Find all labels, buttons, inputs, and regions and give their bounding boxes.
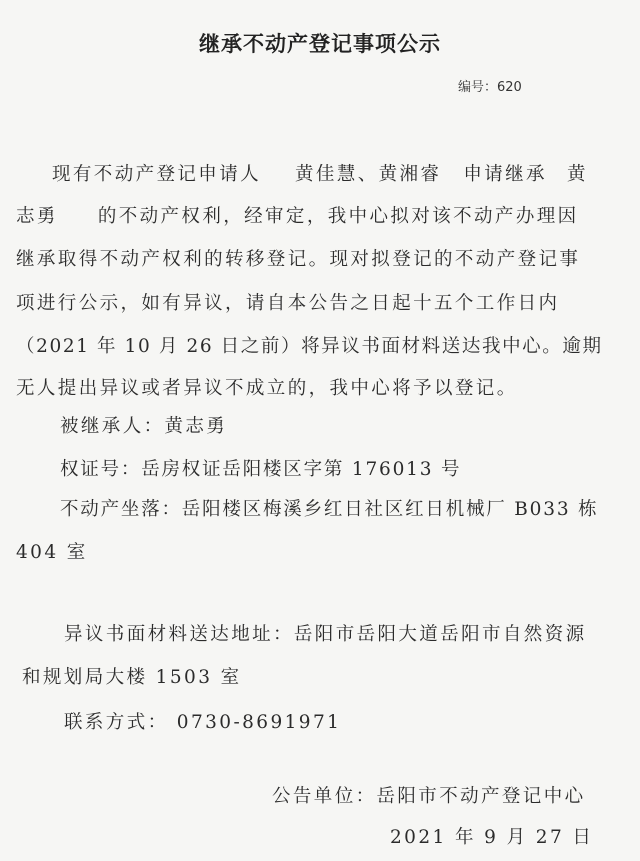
body-line-2: 志勇的不动产权利，经审定，我中心拟对该不动产办理因 — [16, 202, 579, 228]
decedent-field: 被继承人：黄志勇 — [60, 412, 227, 438]
body-line-3: 继承取得不动产权利的转移登记。现对拟登记的不动产登记事 — [16, 245, 580, 271]
address-field-line-1: 异议书面材料送达地址：岳阳市岳阳大道岳阳市自然资源 — [64, 620, 587, 646]
address-field-line-2: 和规划局大楼 1503 室 — [22, 663, 242, 689]
number-value: 620 — [497, 80, 522, 95]
body-line-1: 现有不动产登记申请人黄佳慧、黄湘睿申请继承黄 — [52, 160, 588, 186]
body-line-5: （2021 年 10 月 26 日之前）将异议书面材料送达我中心。逾期 — [16, 332, 603, 358]
body-line-4: 项进行公示，如有异议，请自本公告之日起十五个工作日内 — [16, 289, 559, 315]
contact-field: 联系方式： 0730-8691971 — [64, 708, 341, 734]
body-text: 志勇 — [16, 206, 58, 227]
location-field-line-1: 不动产坐落：岳阳楼区梅溪乡红日社区红日机械厂 B033 栋 — [60, 495, 598, 521]
document-number: 编号：620 — [458, 76, 522, 95]
certificate-field: 权证号：岳房权证岳阳楼区字第 176013 号 — [60, 455, 461, 481]
number-label: 编号： — [458, 80, 497, 95]
scanned-document-page: 继承不动产登记事项公示 编号：620 现有不动产登记申请人黄佳慧、黄湘睿申请继承… — [0, 0, 640, 861]
body-text: 申请继承 — [463, 164, 547, 185]
location-field-line-2: 404 室 — [16, 538, 88, 564]
applicants: 黄佳慧、黄湘睿 — [295, 164, 441, 185]
body-text: 黄 — [567, 164, 588, 185]
body-text: 现有不动产登记申请人 — [52, 164, 261, 185]
body-line-6: 无人提出异议或者异议不成立的，我中心将予以登记。 — [16, 374, 518, 400]
body-text: 的不动产权利，经审定，我中心拟对该不动产办理因 — [98, 206, 579, 227]
document-title: 继承不动产登记事项公示 — [0, 28, 640, 58]
issuer: 公告单位：岳阳市不动产登记中心 — [272, 782, 586, 808]
issue-date: 2021 年 9 月 27 日 — [390, 823, 593, 849]
